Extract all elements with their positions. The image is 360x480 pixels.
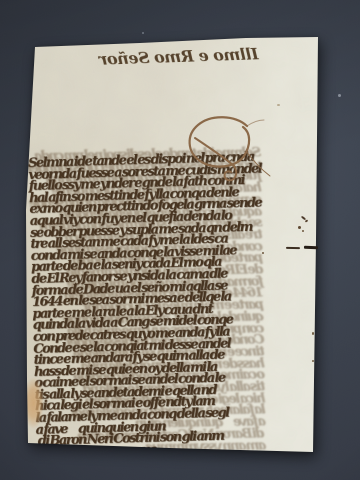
paper-shadow: Illmo e Rmo Señor Selmna ide tande el es… bbox=[0, 0, 360, 480]
manuscript-paper: Illmo e Rmo Señor Selmna ide tande el es… bbox=[0, 0, 360, 480]
manuscript-text-block: Selmna ide tande el es dispoi nel pra cn… bbox=[28, 152, 268, 460]
verso-inscription-mirrored: Illmo e Rmo Señor bbox=[85, 44, 274, 70]
edge-stain bbox=[23, 377, 44, 429]
calligraphic-flourish-icon bbox=[181, 114, 273, 190]
manuscript-line: am ann y ssy mmmua bbox=[36, 441, 268, 459]
photo-frame: Illmo e Rmo Señor Selmna ide tande el es… bbox=[0, 0, 360, 480]
